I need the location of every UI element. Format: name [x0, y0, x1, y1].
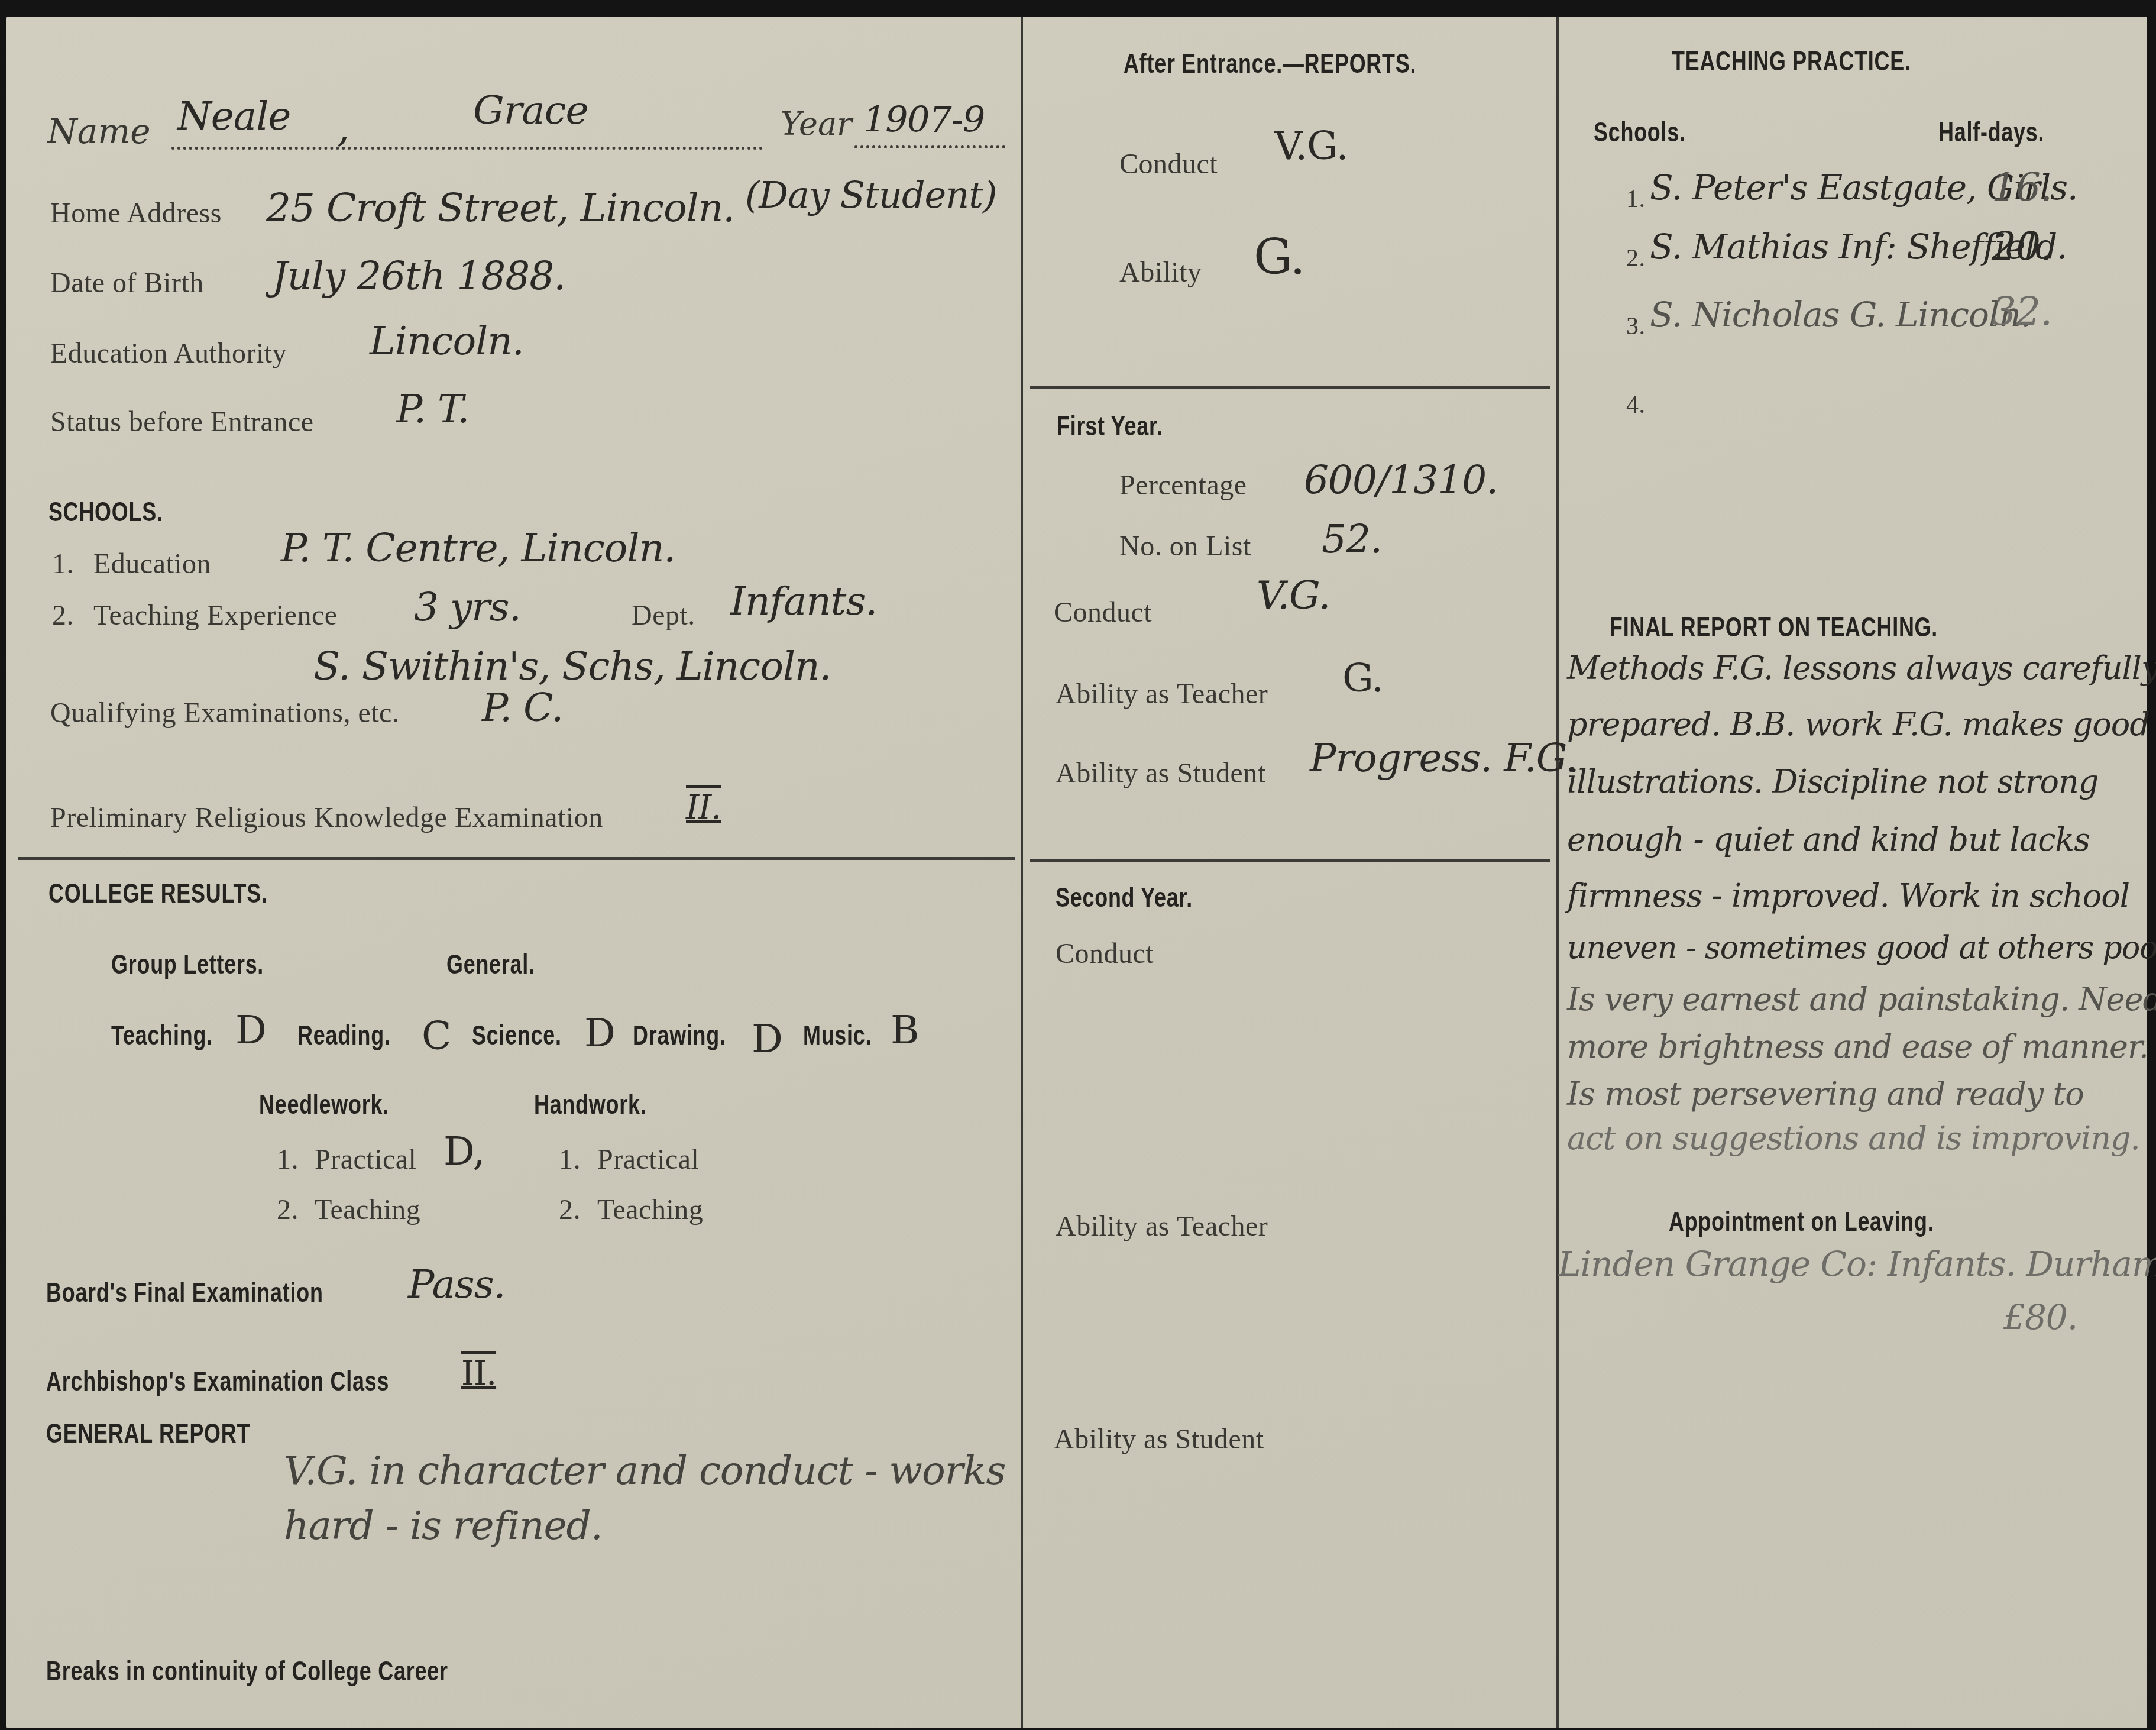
needlework-practical-label: Practical: [315, 1143, 416, 1176]
preliminary-religious-value: II.: [686, 788, 721, 827]
dept-label: Dept.: [632, 599, 695, 632]
final-report-line: Is very earnest and painstaking. Needs: [1567, 981, 2156, 1018]
qualifying-examinations-label: Qualifying Examinations, etc.: [50, 697, 399, 729]
date-of-birth-label: Date of Birth: [50, 267, 204, 299]
second-year-heading: Second Year.: [1056, 881, 1193, 913]
grade-value-music: B: [891, 1007, 919, 1053]
year-label: Year: [781, 105, 852, 143]
college-results-heading: COLLEGE RESULTS.: [48, 877, 268, 909]
home-address-label: Home Address: [50, 197, 222, 229]
first-year-ability-student-label: Ability as Student: [1056, 757, 1266, 790]
needlework-practical-value: D,: [443, 1128, 485, 1174]
middle-rule-1: [1030, 386, 1550, 389]
year-value: 1907-9: [863, 99, 985, 141]
first-year-no-on-list-label: No. on List: [1119, 530, 1251, 562]
education-authority-value: Lincoln.: [370, 318, 524, 364]
boards-final-value: Pass.: [408, 1262, 506, 1307]
after-entrance-ability-value: G.: [1254, 229, 1305, 286]
grade-label-teaching: Teaching.: [111, 1019, 213, 1051]
grade-value-teaching: D: [235, 1007, 266, 1053]
practice-row-num: 1.: [1626, 185, 1646, 214]
final-report-line: enough - quiet and kind but lacks: [1567, 821, 2090, 858]
practice-row-num: 2.: [1626, 244, 1646, 273]
education-value: P. T. Centre, Lincoln.: [281, 525, 675, 571]
column-divider-left: [1021, 17, 1023, 1728]
needlework-teaching-num: 2.: [277, 1194, 299, 1226]
grade-label-music: Music.: [803, 1019, 872, 1051]
half-days-column-label: Half-days.: [1938, 116, 2044, 148]
after-entrance-ability-label: Ability: [1119, 256, 1202, 289]
grade-value-drawing: D: [752, 1016, 782, 1062]
boards-final-label: Board's Final Examination: [46, 1276, 323, 1308]
breaks-label: Breaks in continuity of College Career: [46, 1655, 448, 1687]
final-report-heading: FINAL REPORT ON TEACHING.: [1610, 611, 1938, 643]
needlework-teaching-label: Teaching: [315, 1194, 420, 1226]
archbishops-value: II.: [461, 1354, 496, 1393]
needlework-practical-num: 1.: [277, 1143, 299, 1176]
dept-value: Infants.: [730, 578, 877, 624]
first-year-percentage-value: 600/1310.: [1304, 457, 1498, 503]
general-label: General.: [446, 948, 535, 980]
status-before-entrance-label: Status before Entrance: [50, 406, 313, 438]
student-record-card: Name Neale , Grace Year 1907-9 (Day Stud…: [6, 17, 2147, 1728]
final-report-line: more brightness and ease of manner.: [1567, 1028, 2148, 1065]
name-label: Name: [47, 111, 151, 151]
first-year-conduct-label: Conduct: [1054, 596, 1152, 629]
final-report-line: illustrations. Discipline not strong: [1567, 763, 2098, 800]
home-address-value: 25 Croft Street, Lincoln.: [266, 185, 734, 231]
final-report-line: act on suggestions and is improving.: [1567, 1120, 2140, 1157]
qualifying-examinations-value: P. C.: [482, 685, 563, 730]
first-year-percentage-label: Percentage: [1119, 469, 1247, 502]
date-of-birth-value: July 26th 1888.: [272, 253, 565, 299]
second-year-ability-student-label: Ability as Student: [1054, 1423, 1264, 1456]
appointment-salary: £80.: [2003, 1297, 2077, 1337]
education-label: Education: [93, 548, 211, 580]
appointment-heading: Appointment on Leaving.: [1669, 1205, 1934, 1237]
practice-row-half-days: 16.: [1992, 164, 2052, 210]
first-year-ability-student-value: Progress. F.G.: [1310, 735, 1577, 781]
schools-heading: SCHOOLS.: [48, 496, 163, 528]
after-entrance-conduct-label: Conduct: [1119, 148, 1218, 180]
column-divider-right: [1556, 17, 1559, 1728]
forename-value: Grace: [473, 88, 588, 133]
teaching-experience-value: 3 yrs.: [414, 584, 521, 630]
practice-row-half-days: 32.: [1992, 289, 2052, 334]
first-year-no-on-list-value: 52.: [1322, 516, 1382, 562]
second-year-conduct-label: Conduct: [1056, 937, 1154, 970]
left-section-rule: [18, 857, 1015, 860]
final-report-line: uneven - sometimes good at others poor.: [1567, 930, 2156, 966]
handwork-teaching-num: 2.: [559, 1194, 581, 1226]
preliminary-religious-label: Preliminary Religious Knowledge Examinat…: [50, 801, 603, 834]
grade-label-reading: Reading.: [297, 1019, 391, 1051]
day-student-note: (Day Student): [745, 173, 996, 216]
year-dotted-line: [854, 145, 1005, 148]
first-year-conduct-value: V.G.: [1257, 573, 1330, 618]
final-report-line: Methods F.G. lessons always carefully: [1567, 649, 2156, 687]
teaching-practice-heading: TEACHING PRACTICE.: [1672, 45, 1911, 77]
surname-value: Neale: [177, 93, 290, 139]
second-year-ability-teacher-label: Ability as Teacher: [1056, 1210, 1268, 1243]
practice-row-school: S. Nicholas G. Lincoln.: [1650, 295, 2031, 335]
schools-column-label: Schools.: [1594, 116, 1686, 148]
teaching-experience-num: 2.: [52, 599, 74, 632]
general-report-heading: GENERAL REPORT: [46, 1417, 250, 1449]
practice-row-half-days: 20.: [1992, 224, 2052, 269]
middle-rule-2: [1030, 859, 1550, 862]
after-entrance-conduct-value: V.G.: [1274, 123, 1348, 169]
practice-row-num: 3.: [1626, 312, 1646, 341]
appointment-value: Linden Grange Co: Infants. Durham: [1558, 1244, 2156, 1284]
grade-label-science: Science.: [472, 1019, 562, 1051]
education-num: 1.: [52, 548, 74, 580]
final-report-line: firmness - improved. Work in school: [1567, 877, 2129, 914]
after-entrance-heading: After Entrance.—REPORTS.: [1124, 47, 1416, 79]
archbishops-label: Archbishop's Examination Class: [46, 1365, 389, 1397]
status-before-entrance-value: P. T.: [396, 386, 469, 432]
needlework-label: Needlework.: [259, 1088, 389, 1120]
first-year-heading: First Year.: [1057, 410, 1163, 442]
general-report-line-2: hard - is refined.: [284, 1503, 603, 1548]
first-year-ability-teacher-label: Ability as Teacher: [1056, 678, 1268, 710]
handwork-practical-label: Practical: [597, 1143, 699, 1176]
group-letters-label: Group Letters.: [111, 948, 264, 980]
final-report-line: Is most persevering and ready to: [1567, 1075, 2084, 1113]
education-authority-label: Education Authority: [50, 337, 287, 370]
first-year-ability-teacher-value: G.: [1342, 655, 1383, 701]
grade-label-drawing: Drawing.: [633, 1019, 726, 1051]
handwork-label: Handwork.: [534, 1088, 646, 1120]
grade-value-science: D: [584, 1010, 615, 1056]
name-dotted-line: [171, 147, 763, 150]
handwork-practical-num: 1.: [559, 1143, 581, 1176]
teaching-experience-school: S. Swithin's, Schs, Lincoln.: [313, 644, 831, 689]
general-report-line-1: V.G. in character and conduct - works: [284, 1448, 1005, 1493]
practice-row-num: 4.: [1626, 391, 1646, 419]
grade-value-reading: C: [422, 1013, 451, 1059]
name-comma: ,: [337, 105, 349, 151]
handwork-teaching-label: Teaching: [597, 1194, 703, 1226]
teaching-experience-label: Teaching Experience: [93, 599, 338, 632]
final-report-line: prepared. B.B. work F.G. makes good: [1567, 706, 2149, 743]
